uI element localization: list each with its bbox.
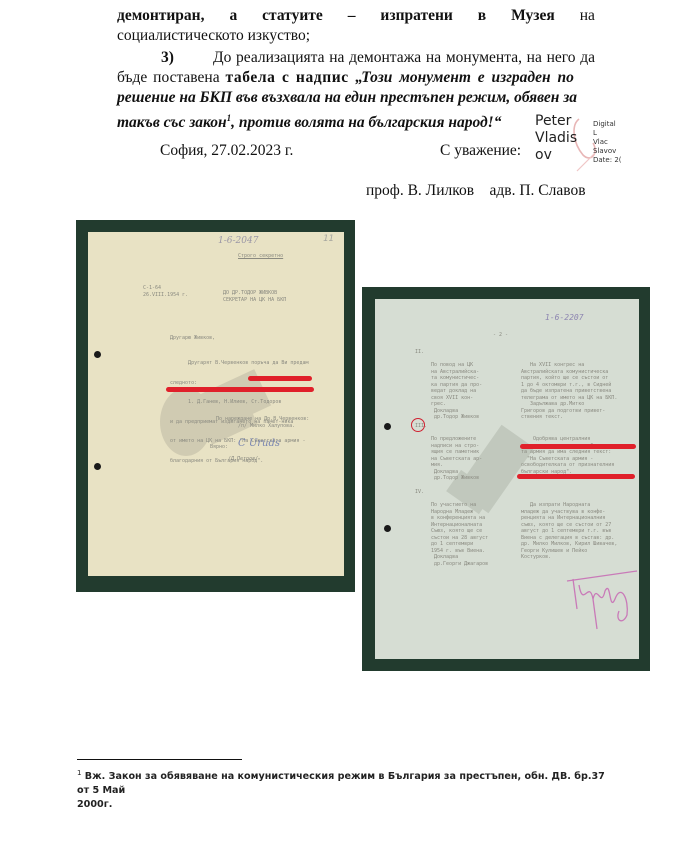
certify-label: Вярно: [210,444,228,451]
handwritten-signature-icon [565,569,640,634]
red-highlight-line [248,376,312,381]
italic-quote: „Този монумент е изграден по [355,69,574,86]
italic-quote: такъв със закон [117,114,227,131]
footnote-separator [77,759,242,760]
classification-header: Строго секретно [238,253,283,260]
footnote-text: Вж. Закон за обявяване на комунистически… [77,771,605,796]
regards-label: С уважение: [440,142,521,160]
digital-signature[interactable]: Peter Vladis ov Digital L Vlac Slavov Da… [535,113,655,175]
signer-name: Peter Vladis ov [535,113,577,164]
item-topic: По участието наНародна Младежв конференц… [431,489,488,580]
red-highlight-line [520,444,636,449]
signatories: проф. В. Лилков адв. П. Славов [366,182,586,200]
bold-text: табела с надпис [225,69,355,86]
paragraph-3-line-2: бъде поставена табела с надпис „Този мон… [117,68,595,88]
plain-text: бъде поставена [117,69,225,86]
page-mark: 11 [323,236,334,243]
archive-document-photo-left: 1-6-2047 11 Строго секретно С-1-6426.VII… [76,220,355,592]
punch-hole [384,423,391,430]
signature-details: Digital L Vlac Slavov Date: 2( [593,120,622,165]
word: изпратени [380,6,452,26]
word: а [229,6,237,26]
punch-hole [384,525,391,532]
paper-sheet: 1-6-2207 - 2 - II. По повод на ЦКна Авст… [375,299,639,659]
footnote-text: 2000г. [77,799,112,810]
paragraph-3-line-4: такъв със закон1, против волята на бълга… [117,108,595,133]
word: – [348,6,356,26]
archive-stamp-number: 1-6-2047 [218,238,258,245]
item-decision: Да изпрати Народнатамладеж да участвува … [521,489,617,574]
item-decision: На XVII конгрес наАвстралийската комунис… [521,349,617,434]
addressee: ДО ДР.ТОДОР ЖИВКОВСЕКРЕТАР НА ЦК НА БКП [223,290,286,303]
red-highlight-line [517,474,635,479]
by-order-name: /п/ Милко Халупова. [238,423,295,430]
handwritten-signature: C Uruds [238,438,280,449]
item-topic: По предложенитенадписи на стро-ящия се п… [431,423,482,495]
red-circle-highlight [411,418,425,432]
punch-hole [94,351,101,358]
item-number: IV. [415,489,424,496]
item-number: II. [415,349,424,356]
word: демонтиран, [117,6,204,26]
footnote: 1 Вж. Закон за обявяване на комунистичес… [77,766,607,812]
word: Музея [511,6,555,26]
paper-sheet: 1-6-2047 11 Строго секретно С-1-6426.VII… [88,232,344,576]
archive-stamp-number: 1-6-2207 [545,315,584,322]
list-number: 3) [161,48,174,68]
by-order: По нареждане на Др.В.Червенков: [216,416,309,423]
archive-document-photo-right: 1-6-2207 - 2 - II. По повод на ЦКна Авст… [362,287,650,671]
paragraph-2-line-1: демонтиран, а статуите – изпратени в Муз… [117,6,595,26]
salutation: Другарю Живков, [170,335,215,342]
paragraph-3-line-3: решение на БКП във възхвала на един прес… [117,88,595,108]
word: на [580,6,595,26]
word: статуите [262,6,323,26]
punch-hole [94,463,101,470]
reference: С-1-6426.VIII.1954 г. [143,285,188,298]
signer: /Д.Петров/ [228,456,258,463]
page-number: - 2 - [493,332,508,339]
italic-quote: , против волята на българския народ!“ [231,114,501,131]
place-date: София, 27.02.2023 г. [160,142,293,160]
red-highlight-line [166,387,314,392]
paragraph-3-text: До реализацията на демонтажа на монумент… [213,48,595,68]
paragraph-2-line-2: социалистическото изкуство; [117,26,595,46]
word: в [478,6,486,26]
item-topic: По повод на ЦКна Австралийска-та комунис… [431,349,482,434]
